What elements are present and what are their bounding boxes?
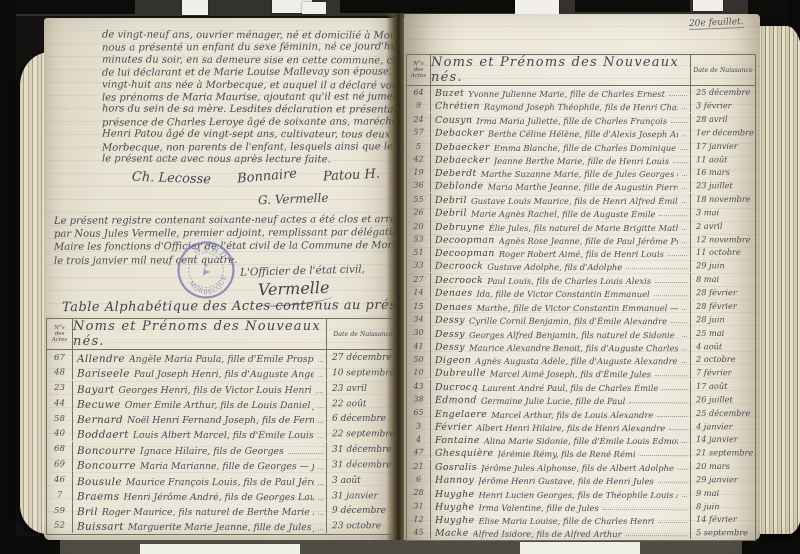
row-given-names: Raymond Joseph Théophile, fils de Henri … (484, 102, 678, 112)
row-birth-date: 3 mai (691, 208, 755, 220)
row-surname: Edmond (435, 395, 477, 406)
row-surname: Decroock (435, 262, 483, 273)
row-surname: Decroock (435, 275, 483, 286)
row-given-names: Henri Lucien Georges, fils de Théophile … (479, 490, 679, 500)
row-given-names: Maurice François Louis, fils de Paul Jér… (126, 477, 314, 488)
table-row: 58 Bernard Noël Henri Fernand Joseph, fi… (47, 411, 399, 426)
row-surname: Bernard (77, 414, 123, 426)
row-surname: Bayart (77, 384, 114, 396)
row-act-number: 55 (407, 193, 431, 206)
open-register-book: de vingt-neuf ans, ouvrier ménager, né e… (14, 10, 790, 544)
row-given-names: Henri Jérôme André, fils de Georges Laur… (124, 492, 314, 503)
row-given-names: Cyrille Cornil Benjamin, fils d'Émile Al… (469, 316, 667, 326)
table-row: 24 Cousyn Irma Maria Juliette, fille de … (407, 113, 755, 126)
dotted-leader (682, 136, 687, 137)
row-surname: Digeon (435, 355, 471, 366)
row-act-number: 67 (47, 350, 73, 365)
dotted-leader (669, 429, 687, 430)
dotted-leader (657, 416, 687, 417)
row-act-number: 44 (47, 396, 73, 411)
row-birth-date: 9 mai (691, 488, 755, 500)
row-name: Debaecker Emma Blanche, fille de Charles… (431, 139, 691, 152)
row-surname: Février (435, 422, 472, 433)
row-surname: Debruyne (435, 222, 485, 233)
row-given-names: Jérémie Rémy, fils de René Rémi (498, 449, 636, 459)
row-given-names: Louis Albert Marcel, fils d'Émile Louis … (133, 431, 314, 442)
row-act-number: 5 (407, 139, 431, 152)
row-given-names: Berthe Céline Hélène, fille d'Alexis Jos… (488, 129, 678, 139)
manuscript-line: Morbecque, non parents de l'enfant, lesq… (102, 141, 396, 155)
dotted-leader (682, 242, 687, 243)
column-header-act-number: N°s des Actes (407, 55, 431, 85)
row-given-names: Alina Marie Sidonie, fille d'Émile Louis… (484, 436, 678, 446)
row-birth-date: 16 mars (691, 167, 755, 179)
row-birth-date: 29 janvier (691, 475, 755, 487)
folio-label: 20e feuillet. (689, 17, 744, 30)
dotted-leader (318, 377, 323, 378)
table-row: 38 Edmond Germaine Julie Lucie, fille de… (407, 393, 755, 407)
row-name: Février Albert Henri Hilaire, fils de He… (431, 419, 691, 433)
row-surname: Becuwe (77, 399, 121, 411)
row-act-number: 42 (407, 152, 431, 165)
row-act-number: 21 (407, 460, 431, 473)
row-act-number: 33 (407, 259, 431, 272)
svg-text:· NORD ·: · NORD · (182, 239, 235, 276)
dotted-leader (662, 389, 687, 390)
row-birth-date: 25 mai (691, 328, 755, 340)
row-act-number: 50 (407, 353, 431, 366)
row-act-number: 36 (407, 179, 431, 192)
row-act-number: 4 (407, 433, 431, 446)
row-name: Bousule Maurice François Louis, fils de … (73, 472, 327, 487)
row-given-names: Maria Marianne, fille de Georges — jumea… (140, 461, 314, 472)
table-row: 7 Braems Henri Jérôme André, fils de Geo… (47, 487, 399, 503)
row-given-names: Ida, fille de Victor Constantin Emmanuel (476, 289, 649, 299)
row-name: Bariseele Paul Joseph Henri, fils d'Augu… (73, 365, 327, 381)
table-row: 19 Deberdt Marthe Suzanne Marie, fille d… (407, 166, 755, 179)
dotted-leader (658, 482, 687, 483)
dotted-leader (682, 202, 687, 203)
row-act-number: 28 (407, 486, 431, 499)
table-row: 68 Boncourre Ignace Hilaire, fils de Geo… (47, 442, 399, 457)
row-birth-date: 5 septembre (691, 528, 755, 540)
row-given-names: Jeanne Berthe Marie, fille de Henri Loui… (494, 156, 669, 166)
row-birth-date: 20 mars (691, 461, 755, 473)
row-surname: Ghesquière (435, 448, 494, 459)
row-act-number: 27 (407, 273, 431, 286)
left-page: de vingt-neuf ans, ouvrier ménager, né e… (44, 18, 404, 540)
table-row: 47 Ghesquière Jérémie Rémy, fils de René… (407, 446, 755, 460)
row-surname: Macke (435, 528, 469, 539)
dotted-leader (682, 349, 687, 350)
table-row: 30 Dessy Georges Alfred Benjamin, fils n… (407, 326, 755, 339)
row-act-number: 12 (407, 513, 431, 526)
row-given-names: Marguerite Marie Jeanne, fille de Jules … (128, 522, 314, 533)
manuscript-line: Henri Patou âgé de vingt-sept ans, culti… (102, 129, 396, 142)
dotted-leader (318, 407, 323, 408)
dotted-leader (318, 469, 323, 470)
row-surname: Dubreulle (435, 368, 486, 379)
table-row: 14 Denaes Ida, fille de Victor Constanti… (407, 286, 755, 300)
row-given-names: Marie Agnès Rachel, fille de Auguste Émi… (471, 209, 656, 219)
municipal-stamp: · NORD · MORBECQUE (169, 233, 243, 307)
row-given-names: Marcel Aimé Joseph, fils d'Émile Jules (490, 369, 651, 379)
row-name: Ghesquière Jérémie Rémy, fils de René Ré… (431, 446, 691, 460)
dotted-leader (318, 438, 323, 439)
row-surname: Decoopman (435, 235, 495, 246)
row-birth-date: 28 février (691, 301, 755, 313)
row-given-names: Jérôme Jules Alphonse, fils de Albert Ad… (481, 463, 674, 473)
row-surname: Debril (435, 195, 467, 206)
row-birth-date: 17 août (691, 381, 755, 393)
witness-signatures: Ch. LecosseBonnairePatou H. (132, 168, 394, 183)
dotted-leader (669, 95, 687, 96)
table-row: 57 Debacker Berthe Céline Hélène, fille … (407, 126, 755, 140)
table-header: N°s des Actes Noms et Prénoms des Nouvea… (47, 319, 399, 350)
table-row: 65 Engelaere Marcel Arthur, fils de Loui… (407, 406, 755, 419)
row-surname: Dessy (435, 329, 465, 340)
row-surname: Buzet (435, 88, 464, 99)
dotted-leader (682, 229, 687, 230)
row-birth-date: 2 octobre (691, 354, 755, 366)
row-act-number: 14 (407, 286, 431, 299)
row-name: Debacker Berthe Céline Hélène, fille d'A… (431, 126, 691, 140)
row-given-names: Germaine Julie Lucie, fille de Paul (481, 396, 626, 406)
manuscript-line: nous a présenté un enfant du sexe fémini… (102, 42, 396, 56)
row-birth-date: 8 juin (691, 501, 755, 513)
row-name: Deberdt Marthe Suzanne Marie, fille de J… (431, 166, 691, 179)
table-body: 67 Allendre Angèle Maria Paula, fille d'… (47, 350, 399, 534)
row-birth-date: 14 février (691, 514, 755, 526)
table-row: 55 Debril Gustave Louis Maurice, fils de… (407, 193, 755, 206)
row-given-names: Roger Maurice, fils naturel de Berthe Ma… (102, 507, 314, 518)
row-surname: Boncourre (77, 460, 136, 472)
row-name: Debril Gustave Louis Maurice, fils de He… (431, 193, 691, 206)
right-page: 20e feuillet. N°s des Actes Noms et Prén… (404, 14, 760, 540)
row-surname: Huyghe (435, 489, 475, 500)
dotted-leader (288, 453, 323, 454)
row-birth-date: 8 mai (691, 274, 755, 286)
row-act-number: 30 (407, 326, 431, 339)
row-birth-date: 28 juin (691, 314, 755, 326)
index-table-left: N°s des Actes Noms et Prénoms des Nouvea… (46, 318, 400, 535)
row-birth-date: 1er décembre (691, 128, 755, 140)
row-act-number: 15 (407, 300, 431, 313)
row-given-names: Omer Émile Arthur, fils de Louis Daniel … (125, 400, 314, 411)
table-row: 9 Chrétien Raymond Joseph Théophile, fil… (407, 99, 755, 113)
row-birth-date: 4 janvier (691, 421, 755, 433)
signature: Patou H. (323, 167, 381, 185)
row-act-number: 34 (407, 312, 431, 325)
row-act-number: 38 (407, 393, 431, 406)
table-row: 69 Boncourre Maria Marianne, fille de Ge… (47, 457, 399, 473)
row-given-names: Maurice Alexandre Benoit, fils d'Auguste… (469, 343, 678, 353)
row-act-number: 51 (407, 246, 431, 259)
table-row: 20 Debruyne Élie Jules, fils naturel de … (407, 219, 755, 232)
table-row: 15 Denaes Marthe, fille de Victor Consta… (407, 300, 755, 313)
dotted-leader (318, 484, 323, 485)
row-surname: Ducrocq (435, 382, 478, 393)
row-surname: Bril (77, 506, 98, 518)
table-row: 34 Dessy Cyrille Cornil Benjamin, fils d… (407, 312, 755, 326)
dotted-leader (680, 149, 687, 150)
row-given-names: Emma Blanche, fille de Charles Dominique (494, 143, 676, 153)
row-act-number: 47 (407, 446, 431, 459)
row-name: Boncourre Ignace Hilaire, fils de George… (73, 442, 327, 457)
row-name: Engelaere Marcel Arthur, fils de Louis A… (431, 406, 691, 419)
row-surname: Deblonde (435, 181, 484, 192)
row-name: Denaes Ida, fille de Victor Constantin E… (431, 286, 691, 300)
row-given-names: Georges Alfred Benjamin, fils naturel de… (469, 330, 678, 340)
table-row: 52 Buissart Marguerite Marie Jeanne, fil… (47, 518, 399, 534)
table-row: 59 Bril Roger Maurice, fils naturel de B… (47, 503, 399, 518)
dotted-leader (682, 189, 687, 190)
row-name: Dessy Maurice Alexandre Benoit, fils d'A… (431, 339, 691, 353)
row-act-number: 48 (47, 365, 73, 380)
row-name: Bayart Georges Henri, fils de Victor Lou… (73, 381, 327, 396)
row-name: Huyghe Henri Lucien Georges, fils de Thé… (431, 486, 691, 499)
row-act-number: 20 (407, 219, 431, 232)
row-surname: Dessy (435, 315, 465, 326)
table-row: 40 Boddaert Louis Albert Marcel, fils d'… (47, 426, 399, 442)
row-surname: Gosralis (435, 462, 477, 473)
dotted-leader (316, 392, 323, 393)
dotted-leader (678, 469, 687, 470)
row-surname: Boncourre (77, 445, 136, 457)
row-name: Huyghe Irma Valentine, fille de Jules (431, 499, 691, 513)
dotted-leader (629, 402, 687, 403)
row-surname: Chrétien (435, 101, 480, 112)
row-name: Chrétien Raymond Joseph Théophile, fils … (431, 99, 691, 113)
row-birth-date: 28 février (691, 288, 755, 300)
row-name: Debaecker Jeanne Berthe Marie, fille de … (431, 152, 691, 166)
row-given-names: Ignace Hilaire, fils de Georges (140, 446, 284, 457)
row-name: Decoopman Agnès Rose Jeanne, fille de Pa… (431, 232, 691, 246)
row-name: Debruyne Élie Jules, fils naturel de Mar… (431, 219, 691, 232)
row-act-number: 58 (47, 411, 73, 426)
row-name: Buzet Yvonne Julienne Marie, fille de Ch… (431, 86, 691, 99)
row-name: Gosralis Jérôme Jules Alphonse, fils de … (431, 460, 691, 473)
column-header-names: Noms et Prénoms des Nouveaux nés. (431, 55, 691, 85)
row-birth-date: 11 août (691, 154, 755, 166)
row-name: Denaes Marthe, fille de Victor Constanti… (431, 300, 691, 313)
dotted-leader (671, 322, 687, 323)
row-birth-date: 26 juillet (691, 394, 755, 406)
signature: Ch. Lecosse (132, 170, 212, 188)
dotted-leader (658, 522, 687, 523)
row-given-names: Irma Valentine, fille de Jules (478, 503, 598, 513)
dotted-leader (682, 336, 687, 337)
row-given-names: Gustave Adolphe, fils d'Adolphe (487, 263, 622, 273)
row-name: Decroock Paul Louis, fils de Charles Lou… (431, 273, 691, 286)
dotted-leader (655, 282, 687, 283)
paper-sheet (140, 544, 300, 554)
row-given-names: Maria Marthe Jeanne, fille de Augustin P… (487, 183, 678, 193)
row-given-names: Paul Joseph Henri, fils d'Auguste Ange (134, 369, 314, 380)
manuscript-line: hors du sein de sa mère. Lesdites déclar… (102, 104, 396, 117)
row-act-number: 26 (407, 206, 431, 219)
row-birth-date: 29 juin (691, 261, 755, 273)
row-name: Edmond Germaine Julie Lucie, fille de Pa… (431, 393, 691, 407)
table-row: 43 Ducrocq Laurent André Paul, fils de C… (407, 380, 755, 393)
row-act-number: 68 (47, 442, 73, 457)
table-row: 10 Dubreulle Marcel Aimé Joseph, fils d'… (407, 366, 755, 380)
dotted-leader (682, 309, 687, 310)
row-act-number: 6 (407, 473, 431, 486)
table-row: 67 Allendre Angèle Maria Paula, fille d'… (47, 350, 399, 365)
row-act-number: 64 (407, 86, 431, 99)
row-name: Huyghe Élise Maria Louise, fille de Char… (431, 513, 691, 526)
row-surname: Debaecker (435, 142, 490, 153)
manuscript-line: le présent acte avec nous après lecture … (102, 154, 396, 167)
row-given-names: Jérôme Henri Gustave, fils de Henri Jule… (478, 476, 654, 486)
row-birth-date: 4 août (691, 341, 755, 353)
row-surname: Denaes (435, 288, 472, 299)
table-row: 27 Decroock Paul Louis, fils de Charles … (407, 273, 755, 286)
row-surname: Debaecker (435, 155, 490, 166)
row-birth-date: 25 décembre (691, 87, 755, 99)
row-given-names: Marcel Arthur, fils de Louis Alexandre (491, 410, 653, 420)
right-page-stack-edge (758, 26, 800, 534)
table-row: 46 Bousule Maurice François Louis, fils … (47, 472, 399, 487)
table-row: 26 Debril Marie Agnès Rachel, fille de A… (407, 206, 755, 220)
row-name: Dessy Cyrille Cornil Benjamin, fils d'Ém… (431, 313, 691, 327)
table-row: 6 Hannoy Jérôme Henri Gustave, fils de H… (407, 473, 755, 487)
row-surname: Bousule (77, 476, 122, 488)
row-name: Dubreulle Marcel Aimé Joseph, fils d'Émi… (431, 366, 691, 380)
row-act-number: 43 (407, 380, 431, 393)
dotted-leader (673, 162, 687, 163)
row-act-number: 3 (407, 419, 431, 432)
table-row: 33 Decroock Gustave Adolphe, fils d'Adol… (407, 259, 755, 273)
table-body: 64 Buzet Yvonne Julienne Marie, fille de… (407, 86, 755, 540)
row-name: Debril Marie Agnès Rachel, fille de Augu… (431, 206, 691, 220)
table-row: 44 Becuwe Omer Émile Arthur, fils de Lou… (47, 396, 399, 412)
row-birth-date: 12 novembre (691, 234, 755, 246)
row-surname: Huyghe (435, 515, 475, 526)
dotted-leader (603, 509, 687, 510)
row-surname: Huyghe (435, 502, 475, 513)
table-row: 51 Decoopman Roger Robert Aimé, fils de … (407, 246, 755, 259)
row-birth-date: 18 novembre (691, 194, 755, 206)
signature: Bonnaire (237, 166, 298, 186)
row-surname: Allendre (77, 353, 125, 365)
table-row: 23 Bayart Georges Henri, fils de Victor … (47, 381, 399, 396)
row-surname: Boddaert (77, 429, 129, 441)
row-name: Braems Henri Jérôme André, fils de Georg… (73, 487, 327, 503)
column-header-act-number: N°s des Actes (47, 319, 73, 349)
row-act-number: 69 (47, 457, 73, 472)
row-name: Boddaert Louis Albert Marcel, fils d'Émi… (73, 426, 327, 442)
table-row: 5 Debaecker Emma Blanche, fille de Charl… (407, 139, 755, 152)
table-row: 21 Gosralis Jérôme Jules Alphonse, fils … (407, 460, 755, 473)
dotted-leader (318, 530, 323, 531)
dotted-leader (318, 514, 323, 515)
row-given-names: Agnès Rose Jeanne, fille de Paul Jérôme … (499, 236, 678, 246)
row-name: Decroock Gustave Adolphe, fils d'Adolphe (431, 259, 691, 273)
dotted-leader (655, 376, 687, 377)
table-row: 31 Huyghe Irma Valentine, fille de Jules… (407, 499, 755, 513)
row-act-number: 10 (407, 366, 431, 379)
row-birth-date: 25 décembre (691, 408, 755, 420)
row-act-number: 40 (47, 426, 73, 441)
row-given-names: Alfred Isidore, fils de Alfred Arthur (473, 529, 622, 539)
table-row: 48 Bariseele Paul Joseph Henri, fils d'A… (47, 365, 399, 381)
row-name: Digeon Agnès Augusta Adèle, fille d'Augu… (431, 353, 691, 366)
row-given-names: Angèle Maria Paula, fille d'Émile Prospe… (129, 354, 314, 365)
row-name: Fontaine Alina Marie Sidonie, fille d'Ém… (431, 433, 691, 446)
dotted-leader (682, 109, 687, 110)
row-birth-date: 11 octobre (691, 247, 755, 259)
row-name: Becuwe Omer Émile Arthur, fils de Louis … (73, 396, 327, 412)
row-birth-date: 14 janvier (691, 434, 755, 446)
table-row: 42 Debaecker Jeanne Berthe Marie, fille … (407, 152, 755, 166)
table-title: Table Alphabétique des Actes contenus au… (62, 298, 398, 315)
row-given-names: Paul Louis, fils de Charles Louis Alexis (487, 276, 651, 286)
table-row: 45 Macke Alfred Isidore, fils de Alfred … (407, 526, 755, 540)
row-name: Deblonde Maria Marthe Jeanne, fille de A… (431, 179, 691, 193)
table-row: 41 Dessy Maurice Alexandre Benoit, fils … (407, 339, 755, 353)
stamp-text-top: · NORD · (182, 239, 235, 276)
dotted-leader (682, 175, 687, 176)
table-header: N°s des Actes Noms et Prénoms des Nouvea… (407, 55, 755, 86)
manuscript-line: de lui déclarant et de Marie Louise Mall… (102, 67, 396, 81)
row-name: Decoopman Roger Robert Aimé, fils de Hen… (431, 246, 691, 259)
row-act-number: 59 (47, 503, 73, 518)
row-act-number: 9 (407, 99, 431, 112)
row-act-number: 65 (407, 406, 431, 419)
table-row: 50 Digeon Agnès Augusta Adèle, fille d'A… (407, 353, 755, 366)
birth-act-text: de vingt-neuf ans, ouvrier ménager, né e… (102, 30, 396, 166)
row-act-number: 23 (47, 381, 73, 396)
dotted-leader (682, 442, 687, 443)
table-row: 64 Buzet Yvonne Julienne Marie, fille de… (407, 86, 755, 99)
row-surname: Fontaine (435, 435, 480, 446)
row-birth-date: 2 avril (691, 221, 755, 233)
row-surname: Hannoy (435, 475, 474, 486)
row-name: Buissart Marguerite Marie Jeanne, fille … (73, 518, 327, 534)
row-surname: Bariseele (77, 368, 130, 380)
register-scan-scene: de vingt-neuf ans, ouvrier ménager, né e… (0, 0, 800, 554)
clerk-signature: G. Vermelle (258, 191, 329, 207)
row-surname: Buissart (77, 521, 124, 533)
officer-title: L'Officier de l'état civil, (240, 263, 365, 278)
row-act-number: 24 (407, 113, 431, 126)
row-birth-date: 17 janvier (691, 141, 755, 153)
table-row: 36 Deblonde Maria Marthe Jeanne, fille d… (407, 179, 755, 193)
row-given-names: Agnès Augusta Adèle, fille d'Auguste Ale… (475, 356, 678, 366)
table-row: 3 Février Albert Henri Hilaire, fils de … (407, 419, 755, 433)
row-act-number: 57 (407, 126, 431, 139)
dotted-leader (318, 422, 323, 423)
table-row: 12 Huyghe Élise Maria Louise, fille de C… (407, 513, 755, 526)
row-birth-date: 7 février (691, 368, 755, 380)
row-name: Bril Roger Maurice, fils naturel de Bert… (73, 503, 327, 518)
dotted-leader (659, 216, 687, 217)
row-act-number: 46 (47, 472, 73, 487)
row-name: Boncourre Maria Marianne, fille de Georg… (73, 457, 327, 473)
row-act-number: 7 (47, 487, 73, 502)
dotted-leader (668, 255, 687, 256)
row-name: Macke Alfred Isidore, fils de Alfred Art… (431, 526, 691, 540)
dotted-leader (654, 296, 687, 297)
row-name: Hannoy Jérôme Henri Gustave, fils de Hen… (431, 473, 691, 487)
row-birth-date: 21 septembre (691, 448, 755, 460)
row-given-names: Marthe, fille de Victor Constantin Emman… (476, 303, 678, 313)
dotted-leader (318, 499, 323, 500)
index-table-right: N°s des Actes Noms et Prénoms des Nouvea… (406, 54, 756, 541)
row-birth-date: 3 février (691, 101, 755, 113)
